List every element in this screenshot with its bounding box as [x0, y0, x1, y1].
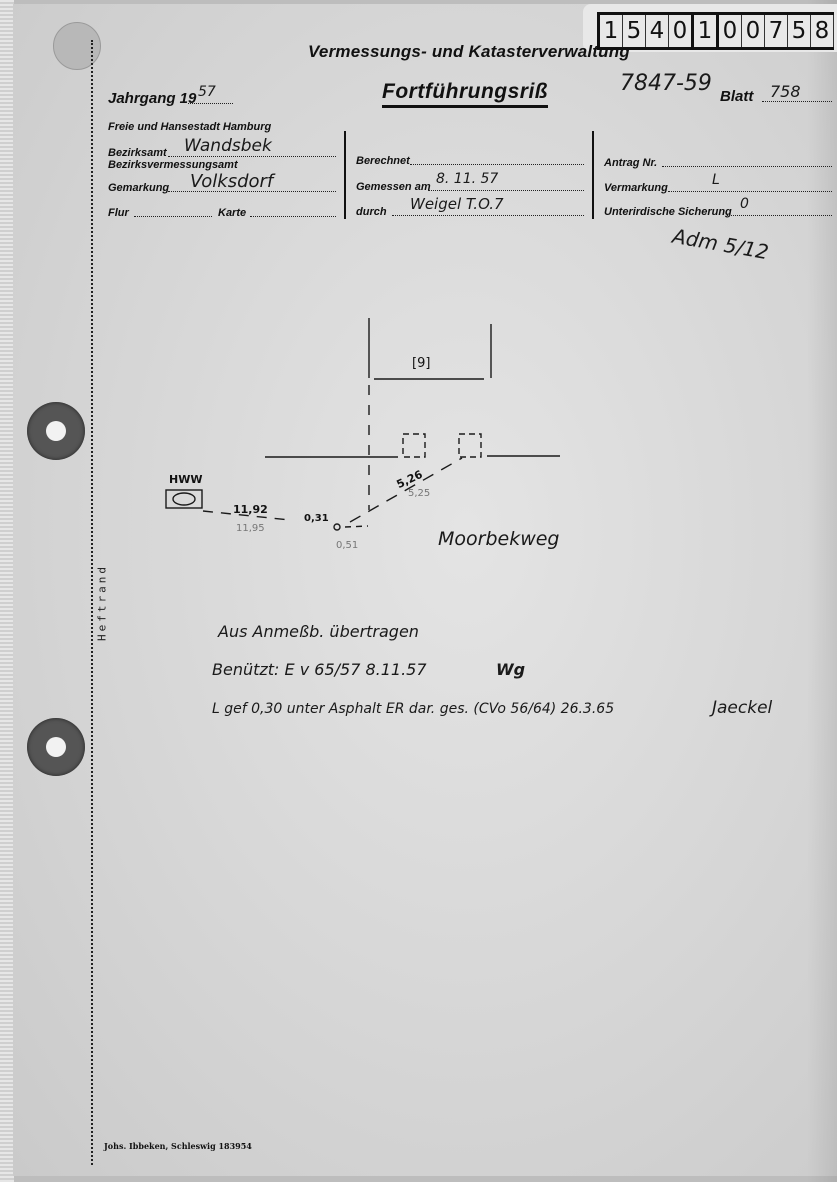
- note-transferred: Aus Anmeßb. übertragen: [218, 622, 419, 641]
- note-used: Benützt: E v 65/57 8.11.57: [212, 660, 427, 679]
- street-name: Moorbekweg: [438, 528, 560, 550]
- signature-wg: Wg: [496, 660, 525, 679]
- survey-sketch: [0, 0, 837, 1182]
- parcel-label: [9]: [412, 356, 430, 371]
- measurement-hydrant-distance: 11,92: [233, 503, 268, 516]
- measurement-hydrant-distance-check: 11,95: [236, 523, 265, 534]
- measurement-offset: 0,31: [304, 513, 329, 524]
- printer-imprint: Johs. Ibbeken, Schleswig 183954: [104, 1141, 252, 1151]
- note-found-under-asphalt: L gef 0,30 unter Asphalt ER dar. ges. (C…: [212, 701, 614, 717]
- measurement-diagonal-check: 5,25: [408, 488, 430, 499]
- hydrant-label: HWW: [169, 473, 202, 486]
- measurement-offset-check: 0,51: [336, 540, 358, 551]
- signature-jaeckel: Jaeckel: [712, 698, 772, 718]
